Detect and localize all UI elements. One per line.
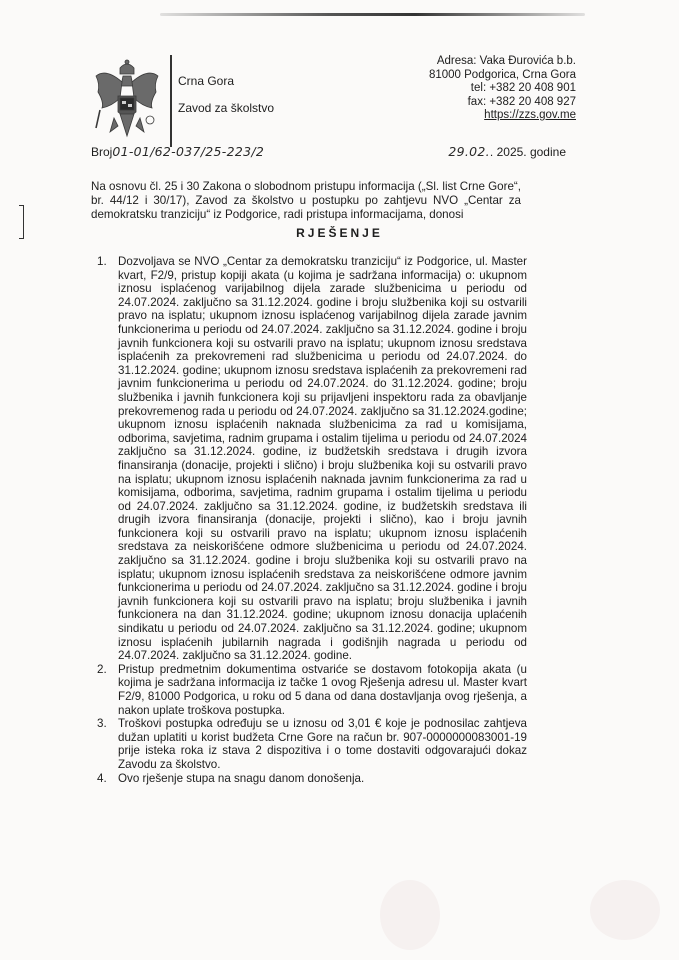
broj-label: Broj	[91, 145, 112, 159]
decision-items: 1. Dozvoljava se NVO „Centar za demokrat…	[91, 255, 527, 785]
decision-item: 2. Pristup predmetnim dokumentima ostvar…	[91, 663, 527, 717]
item-text: Troškovi postupka određuju se u iznosu o…	[118, 717, 527, 771]
header-divider	[170, 55, 172, 147]
paper-stain	[590, 880, 660, 940]
intro-paragraph: Na osnovu čl. 25 i 30 Zakona o slobodnom…	[91, 180, 521, 222]
date-suffix: . 2025. godine	[490, 145, 566, 159]
decision-item: 4. Ovo rješenje stupa na snagu danom don…	[91, 772, 527, 786]
org-country: Crna Gora	[178, 74, 234, 88]
phone-line: tel: +382 20 408 901	[429, 82, 576, 96]
item-number: 2.	[97, 663, 107, 677]
broj-handwritten: 01-01/62-037/25-223/2	[112, 144, 264, 159]
address-line: Adresa: Vaka Đurovića b.b.	[429, 55, 576, 69]
org-name: Zavod za školstvo	[178, 101, 274, 115]
date-handwritten: 29.02.	[448, 144, 490, 159]
document-date: 29.02.. 2025. godine	[448, 144, 566, 159]
item-number: 4.	[97, 772, 107, 786]
address-block: Adresa: Vaka Đurovića b.b. 81000 Podgori…	[429, 55, 576, 123]
item-number: 3.	[97, 717, 107, 731]
reference-number: Broj01-01/62-037/25-223/2	[91, 144, 264, 159]
paper-stain	[380, 880, 440, 950]
item-text: Ovo rješenje stupa na snagu danom donoše…	[118, 772, 364, 785]
item-text: Dozvoljava se NVO „Centar za demokratsku…	[118, 255, 527, 662]
address-line: 81000 Podgorica, Crna Gora	[429, 69, 576, 83]
scan-edge-line	[160, 13, 585, 16]
decision-item: 1. Dozvoljava se NVO „Centar za demokrat…	[91, 255, 527, 663]
website-link[interactable]: https://zzs.gov.me	[484, 109, 576, 121]
montenegro-coat-of-arms-icon	[92, 58, 162, 144]
document-title: RJEŠENJE	[0, 226, 679, 240]
fax-line: fax: +382 20 408 927	[429, 96, 576, 110]
item-number: 1.	[97, 255, 107, 269]
item-text: Pristup predmetnim dokumentima ostvariće…	[118, 663, 527, 717]
decision-item: 3. Troškovi postupka određuju se u iznos…	[91, 717, 527, 771]
